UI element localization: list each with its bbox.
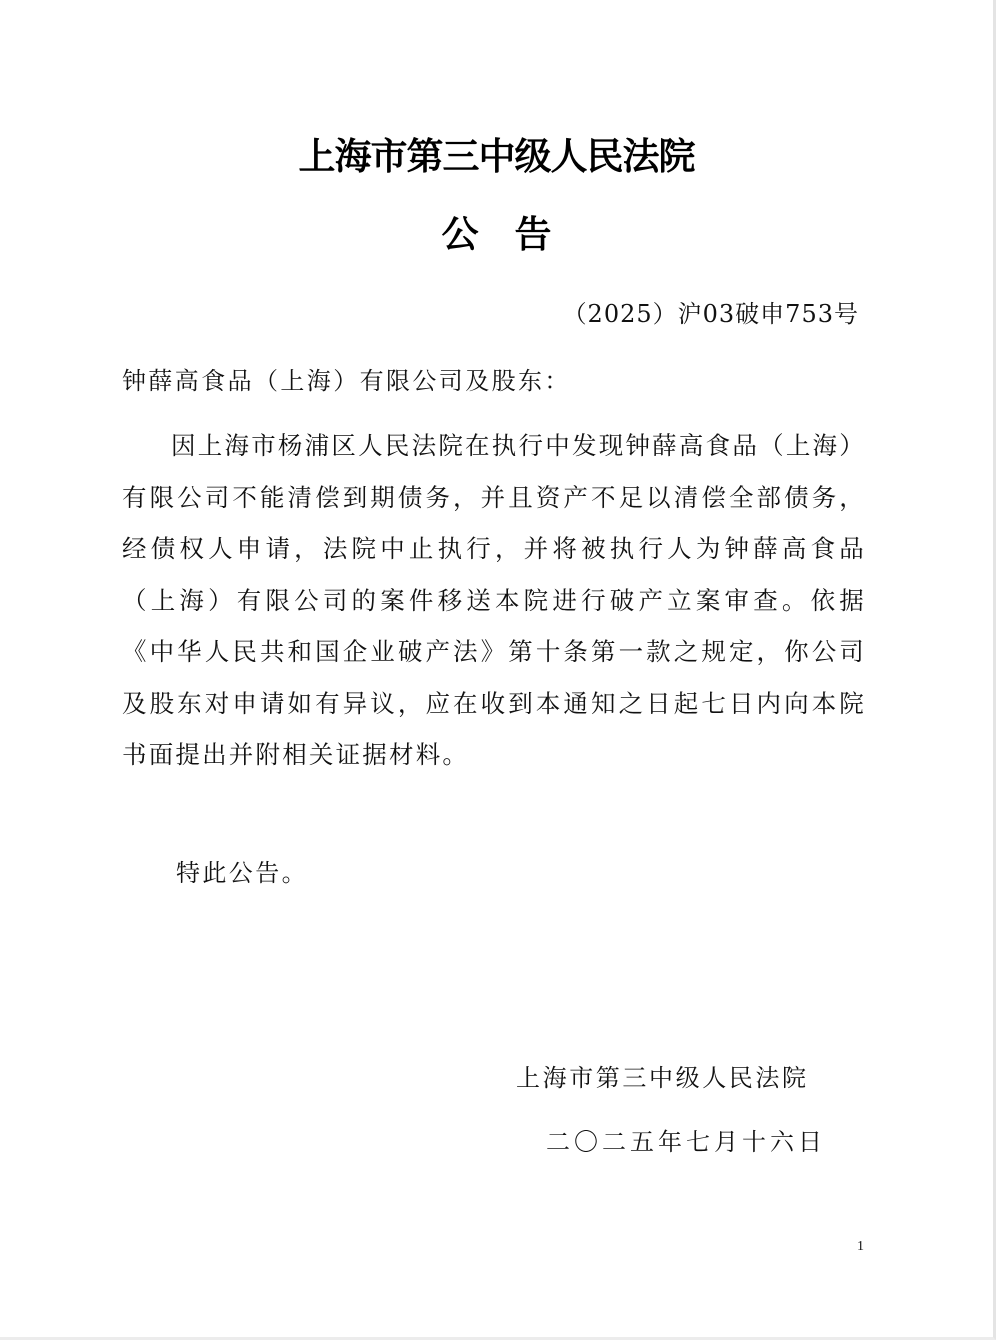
signature-date: 二〇二五年七月十六日 — [546, 1124, 826, 1160]
closing-statement: 特此公告。 — [176, 855, 308, 891]
page-number: 1 — [857, 1238, 864, 1256]
document-page: 上海市第三中级人民法院 公告 （2025）沪03破申753号 钟薛高食品（上海）… — [0, 0, 996, 1340]
notice-body: 因上海市杨浦区人民法院在执行中发现钟薛高食品（上海）有限公司不能清偿到期债务，并… — [122, 420, 866, 781]
case-number: （2025）沪03破申753号 — [563, 296, 859, 332]
addressee: 钟薛高食品（上海）有限公司及股东： — [122, 363, 571, 399]
document-type-heading: 公告 — [0, 206, 993, 262]
signature-court: 上海市第三中级人民法院 — [516, 1060, 809, 1096]
court-title: 上海市第三中级人民法院 — [0, 128, 993, 184]
